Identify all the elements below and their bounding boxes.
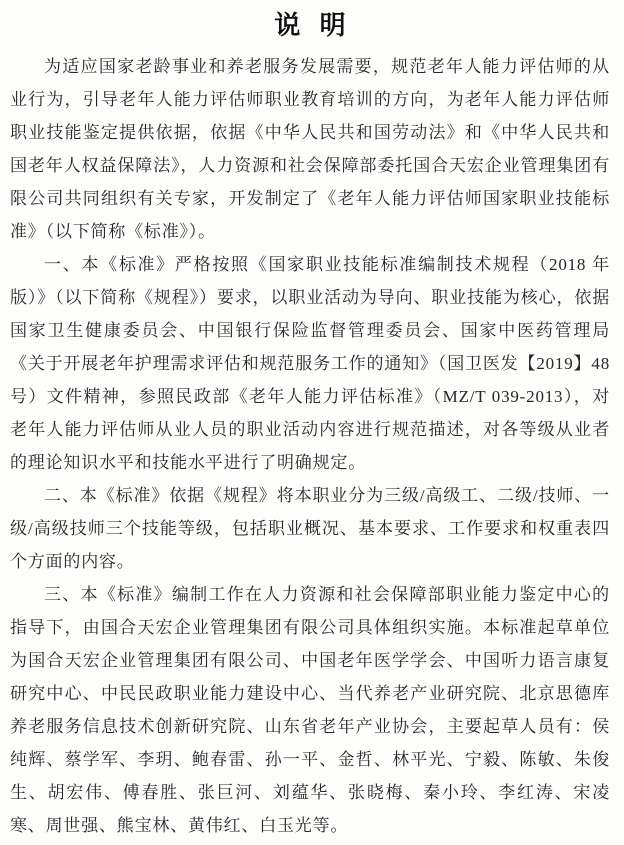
body-paragraph-section-2: 二、本《标准》依据《规程》将本职业分为三级/高级工、二级/技师、一级/高级技师三… — [10, 479, 610, 578]
body-paragraph-section-1: 一、本《标准》严格按照《国家职业技能标准编制技术规程（2018 年版）》（以下简… — [10, 248, 610, 479]
document-page: 说 明 为适应国家老龄事业和养老服务发展需要，规范老年人能力评估师的从业行为，引… — [0, 0, 624, 845]
body-paragraph-section-3: 三、本《标准》编制工作在人力资源和社会保障部职业能力鉴定中心的指导下，由国合天宏… — [10, 578, 610, 842]
body-paragraph-intro: 为适应国家老龄事业和养老服务发展需要，规范老年人能力评估师的从业行为，引导老年人… — [10, 50, 610, 248]
page-title: 说 明 — [10, 8, 610, 42]
